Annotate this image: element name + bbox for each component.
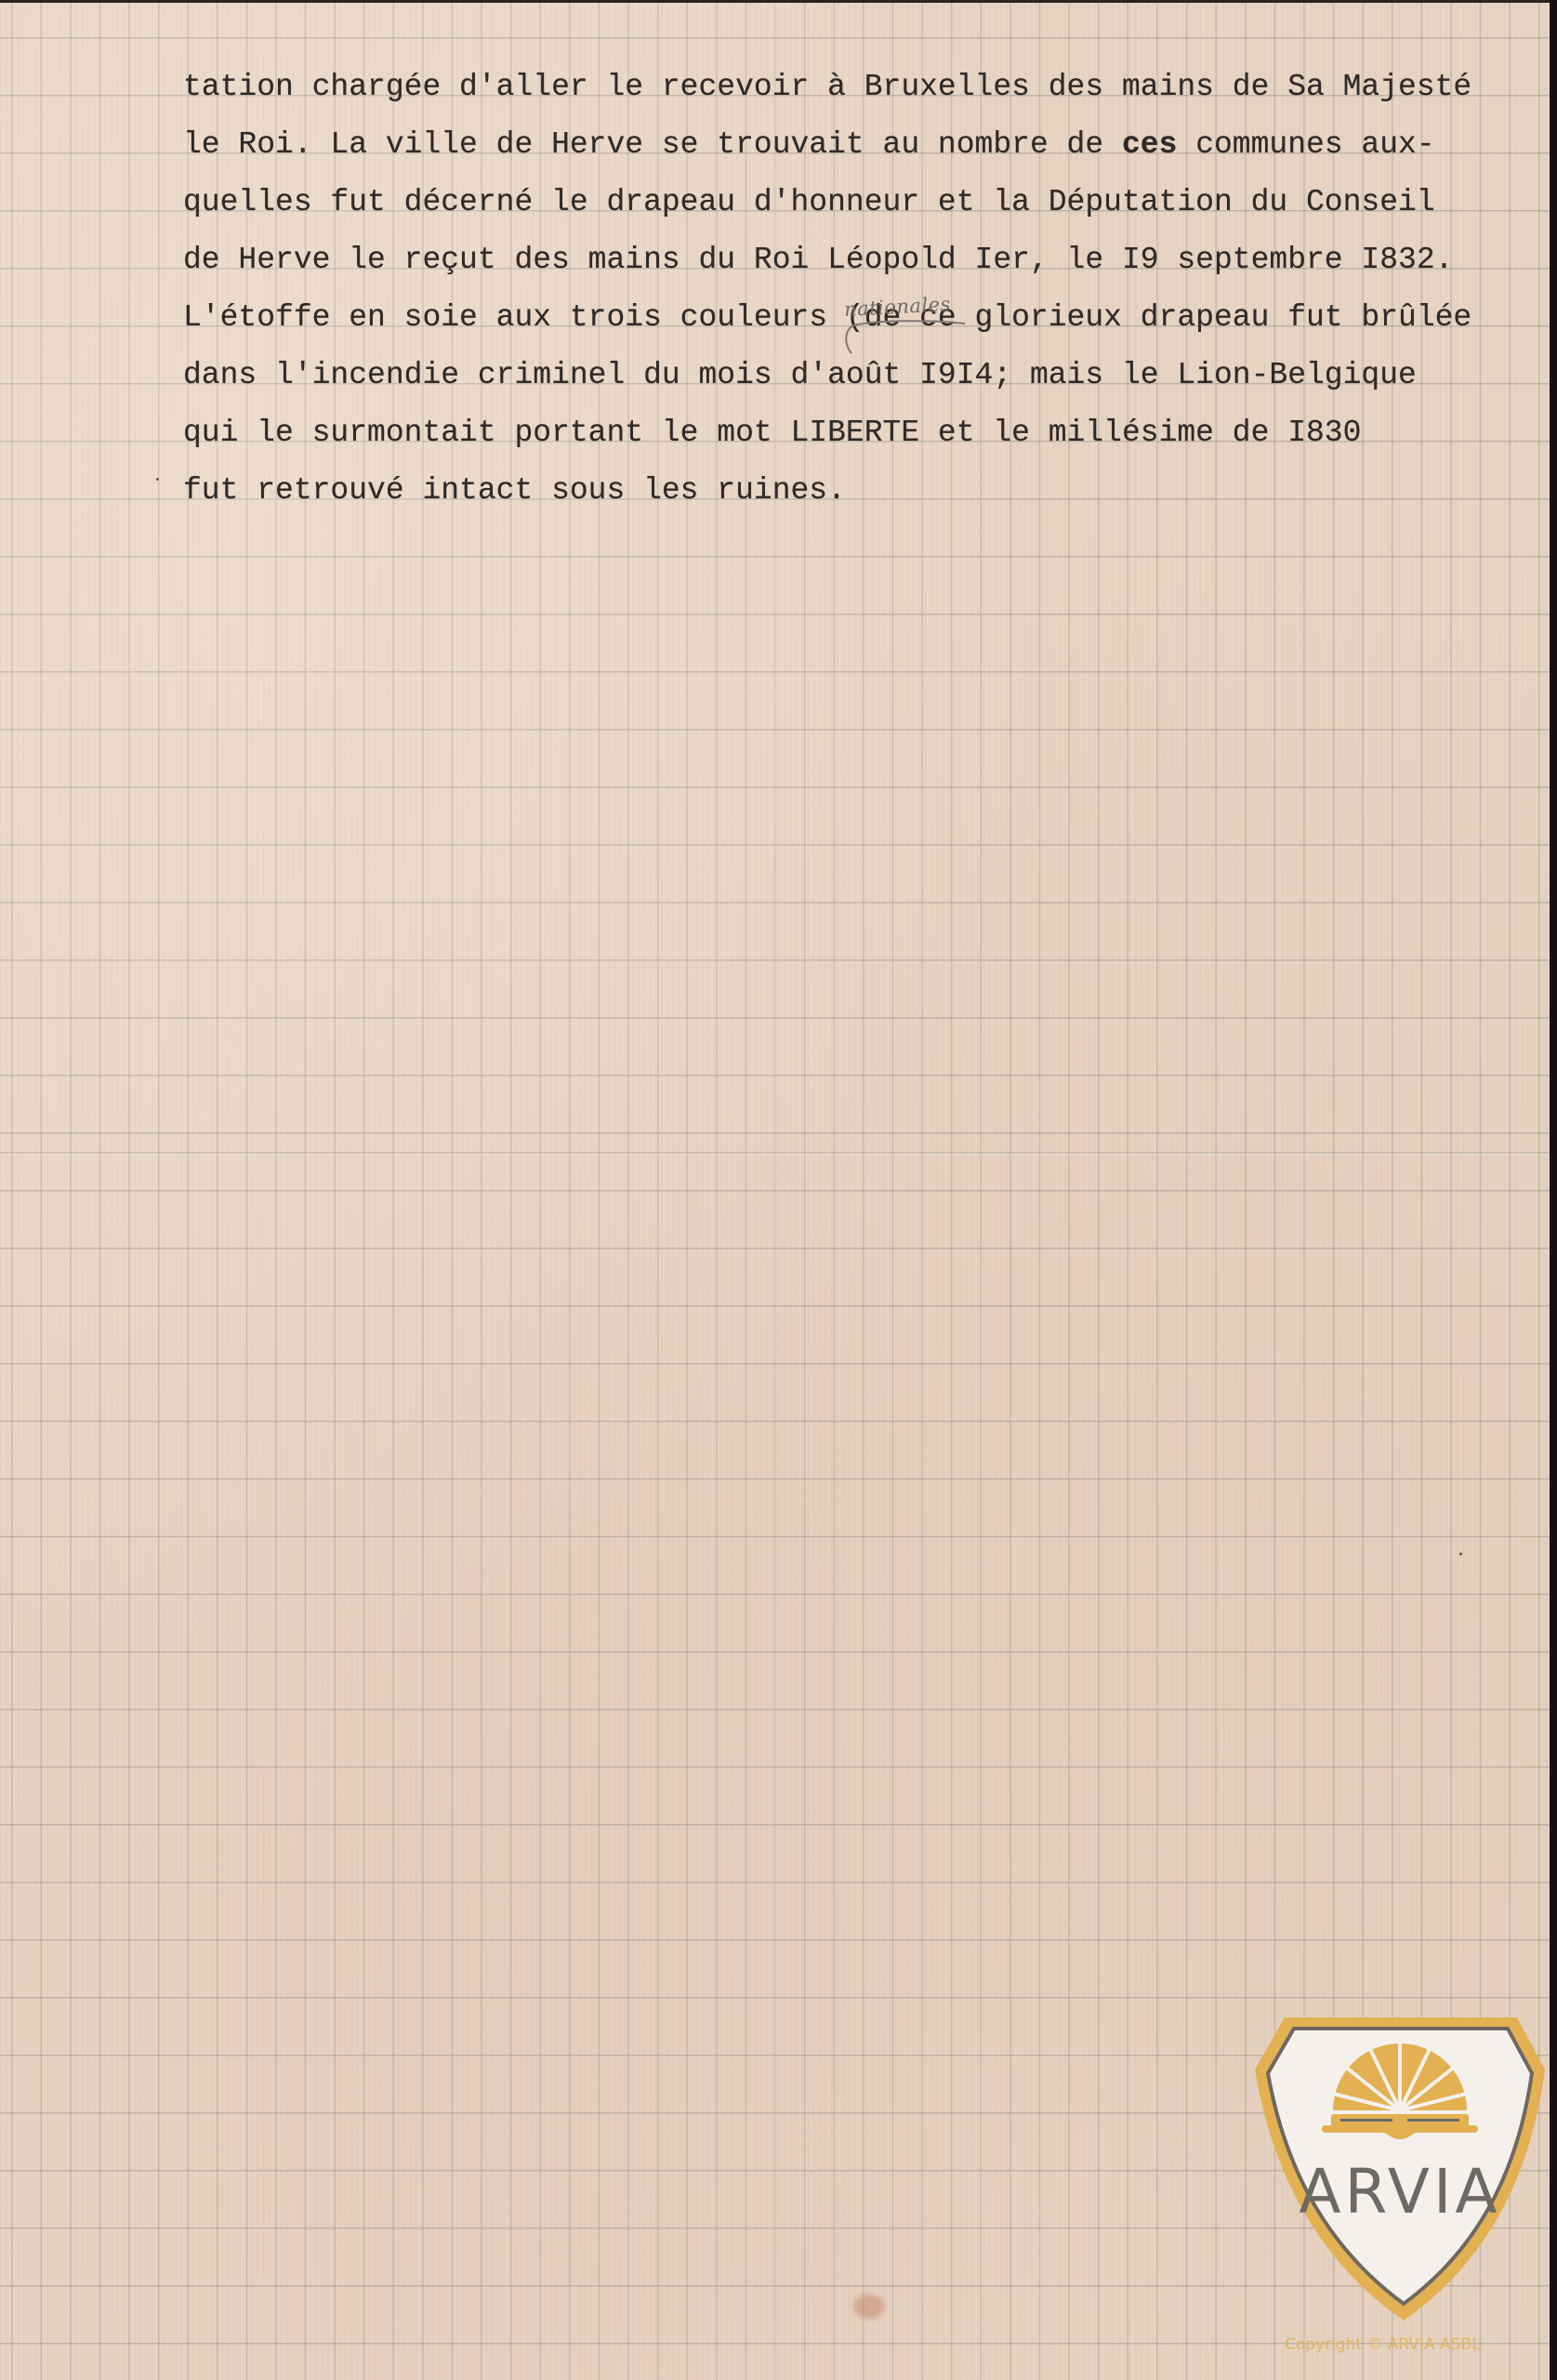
text-line-2: le Roi. La ville de Herve se trouvait au… bbox=[183, 126, 1435, 164]
text-line-8: fut retrouvé intact sous les ruines. bbox=[183, 472, 846, 509]
logo-wordmark: ARVIA bbox=[1251, 2159, 1549, 2226]
text-line-2-start: le Roi. La ville de Herve se trouvait au… bbox=[183, 127, 1122, 162]
pencil-insertion-mark-icon bbox=[840, 316, 970, 355]
text-line-7: qui le surmontait portant le mot LIBERTE… bbox=[183, 415, 1361, 452]
text-line-5: L'étoffe en soie aux trois couleurs (de … bbox=[183, 299, 1471, 337]
text-line-1: tation chargée d'aller le recevoir à Bru… bbox=[183, 69, 1471, 106]
ink-speck bbox=[1459, 1553, 1462, 1555]
scan-edge-top bbox=[0, 0, 1557, 3]
paper-stain bbox=[853, 2294, 885, 2319]
text-line-2-end: communes aux- bbox=[1177, 127, 1434, 162]
text-line-4: de Herve le reçut des mains du Roi Léopo… bbox=[183, 242, 1453, 279]
copyright-notice: Copyright © ARVIA ASBL bbox=[1285, 2335, 1481, 2354]
text-line-2-bold-word: ces bbox=[1122, 127, 1177, 162]
ink-speck bbox=[156, 478, 159, 481]
scan-edge-right bbox=[1550, 0, 1557, 2380]
paper-sheet: tation chargée d'aller le recevoir à Bru… bbox=[0, 2, 1550, 2380]
text-line-3: quelles fut décerné le drapeau d'honneur… bbox=[183, 184, 1435, 221]
text-line-6: dans l'incendie criminel du mois d'août … bbox=[183, 357, 1417, 394]
